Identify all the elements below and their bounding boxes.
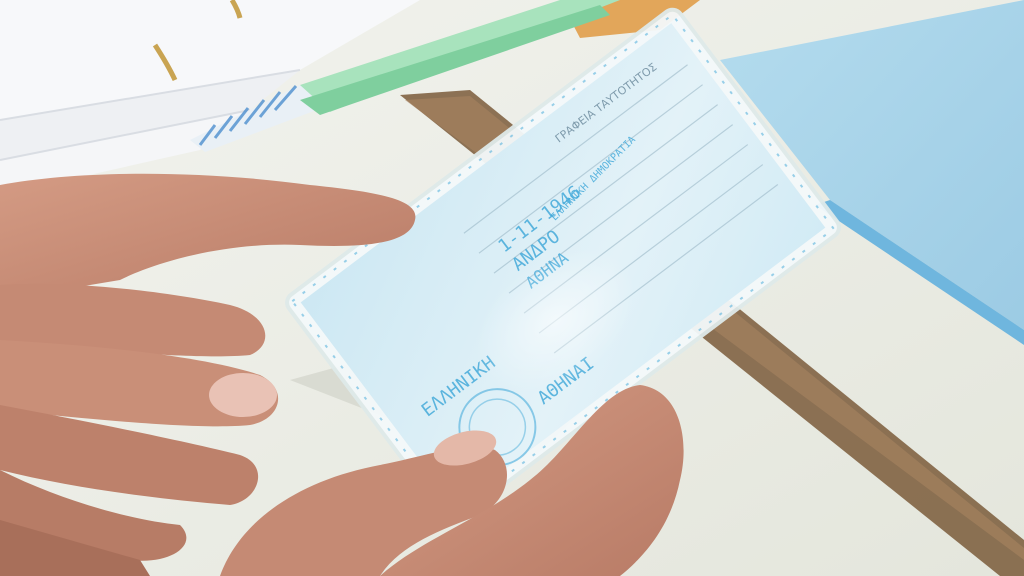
thumbnail [209,373,277,417]
photo-illustration: ΓΡΑΦΕΙΑ ΤΑΥΤΟΤΗΤΟΣ 1-11-1946 ΑΝΔΡΟ ΑΘΗΝΑ… [0,0,1024,576]
photo-scene: ΓΡΑΦΕΙΑ ΤΑΥΤΟΤΗΤΟΣ 1-11-1946 ΑΝΔΡΟ ΑΘΗΝΑ… [0,0,1024,576]
